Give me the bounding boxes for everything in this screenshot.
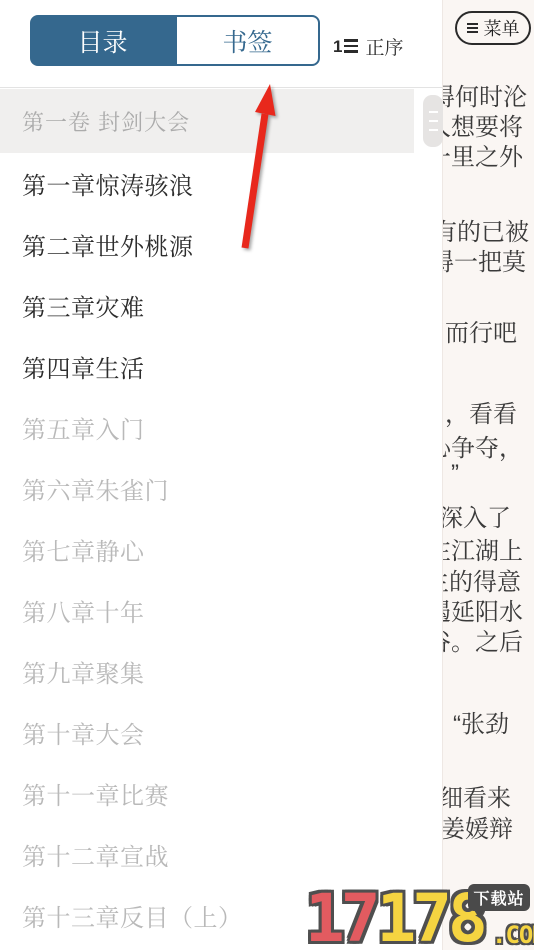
reading-text-line: 深入了 — [439, 506, 511, 532]
hamburger-icon — [467, 23, 478, 33]
reading-text-line: 有的已被 — [433, 220, 529, 246]
toc-header: 目录 书签 1 正序 — [0, 0, 442, 88]
menu-button-label: 菜单 — [484, 15, 520, 41]
screen: 得何时沦人想要将一里之外有的已被得一把莫而行吧，看看心争夺，”深入了在江湖上主的… — [0, 0, 534, 950]
chapter-item[interactable]: 第二章世外桃源 — [0, 214, 414, 275]
chapter-item[interactable]: 第六章朱雀门 — [0, 458, 414, 519]
reading-text-line: 得一把莫 — [430, 250, 526, 276]
tab-catalog-label: 目录 — [77, 23, 127, 59]
chapter-item[interactable]: 第九章聚集 — [0, 641, 414, 702]
chapter-item[interactable]: 第七章静心 — [0, 519, 414, 580]
scroll-handle[interactable] — [423, 95, 443, 147]
menu-button[interactable]: 菜单 — [455, 11, 531, 45]
reading-text-line: 而行吧 — [445, 321, 517, 347]
chapter-item[interactable]: 第八章十年 — [0, 580, 414, 641]
reading-text-line: ，看看 — [445, 402, 517, 428]
chapter-item[interactable]: 第十章大会 — [0, 702, 414, 763]
sort-order-button[interactable]: 1 正序 — [333, 32, 403, 60]
chapter-item[interactable]: 第十二章宣战 — [0, 824, 414, 885]
chapter-list: 第一章惊涛骇浪第二章世外桃源第三章灾难第四章生活第五章入门第六章朱雀门第七章静心… — [0, 153, 414, 946]
reading-text-line: ” — [451, 461, 459, 487]
chapter-item[interactable]: 第一章惊涛骇浪 — [0, 153, 414, 214]
sort-order-label: 正序 — [365, 33, 403, 60]
chapter-item[interactable]: 第十三章反目（上） — [0, 885, 414, 946]
chapter-item[interactable]: 第三章灾难 — [0, 275, 414, 336]
chapter-item[interactable]: 第五章入门 — [0, 397, 414, 458]
chapter-item[interactable]: 第四章生活 — [0, 336, 414, 397]
chapter-item[interactable]: 第十一章比赛 — [0, 763, 414, 824]
volume-header: 第一卷 封剑大会 — [0, 89, 414, 153]
reading-text-line: 姜媛辩 — [441, 817, 513, 843]
volume-title: 第一卷 封剑大会 — [22, 106, 190, 137]
toc-panel: 目录 书签 1 正序 第一卷 封剑大会 第一章惊涛骇浪第二章世外桃源第三章灾难第… — [0, 0, 443, 950]
tab-bookmark[interactable]: 书签 — [175, 15, 320, 66]
reading-text-line: 得何时沦 — [431, 85, 527, 111]
numbered-list-icon: 1 — [333, 38, 358, 55]
tab-catalog[interactable]: 目录 — [30, 15, 175, 66]
reading-text-line: 细看来 — [439, 786, 511, 812]
tab-switcher: 目录 书签 — [30, 15, 320, 66]
tab-bookmark-label: 书签 — [222, 23, 272, 59]
